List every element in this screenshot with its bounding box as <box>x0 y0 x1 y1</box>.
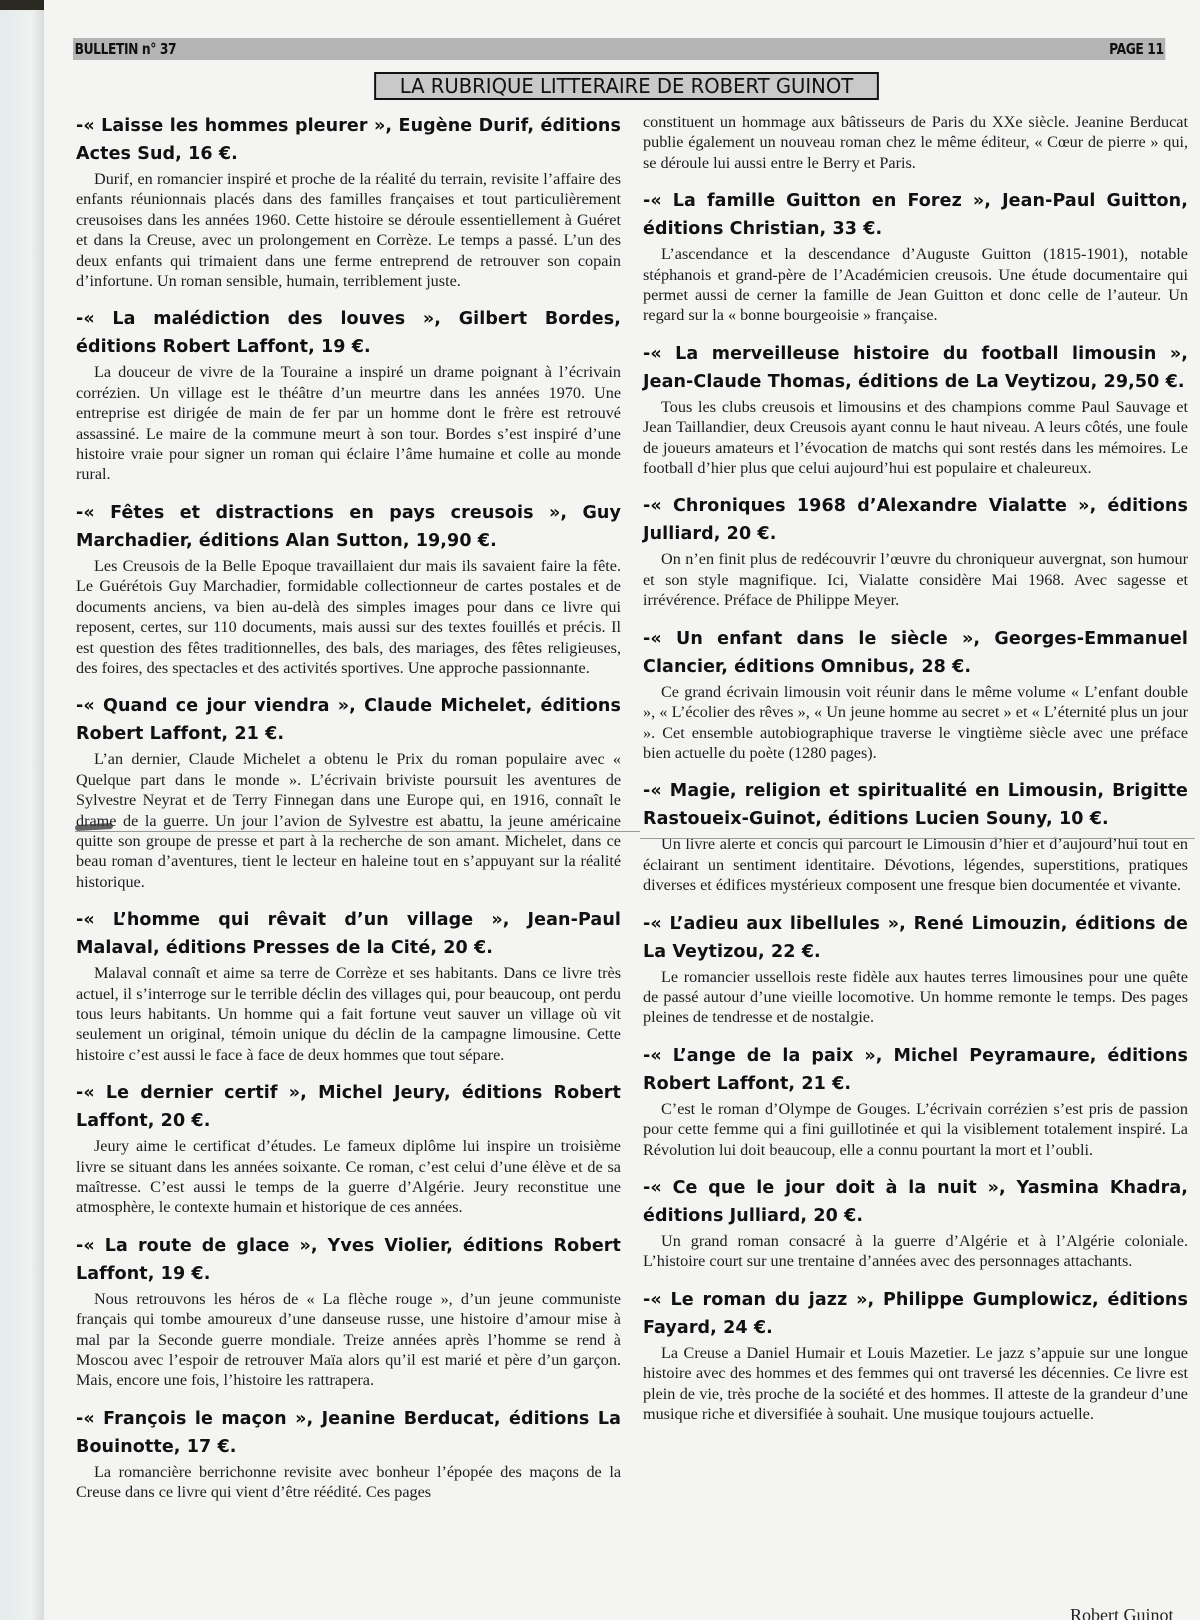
review-body: Malaval connaît et aime sa terre de Corr… <box>76 963 621 1065</box>
review-body: L’an dernier, Claude Michelet a obtenu l… <box>76 749 621 892</box>
review-body: La douceur de vivre de la Touraine a ins… <box>76 362 621 484</box>
review-item: -« Le dernier certif », Michel Jeury, éd… <box>76 1079 621 1218</box>
review-item: -« Laisse les hommes pleurer », Eugène D… <box>76 112 621 291</box>
running-header: BULLETIN n° 37 PAGE 11 <box>73 38 1165 60</box>
review-continuation: constituent un hommage aux bâtisseurs de… <box>643 112 1188 173</box>
review-item: -« L’homme qui rêvait d’un village », Je… <box>76 906 621 1065</box>
paper-fold-line <box>75 831 640 832</box>
review-item: -« L’ange de la paix », Michel Peyramaur… <box>643 1042 1188 1160</box>
review-heading: -« Laisse les hommes pleurer », Eugène D… <box>76 112 621 168</box>
review-body: Ce grand écrivain limousin voit réunir d… <box>643 682 1188 764</box>
review-body: Les Creusois de la Belle Epoque travaill… <box>76 556 621 678</box>
review-item: -« La merveilleuse histoire du football … <box>643 340 1188 479</box>
review-heading: -« Le roman du jazz », Philippe Gumplowi… <box>643 1286 1188 1342</box>
review-item: -« Magie, religion et spiritualité en Li… <box>643 777 1188 895</box>
left-column: -« Laisse les hommes pleurer », Eugène D… <box>76 112 621 1517</box>
review-body: C’est le roman d’Olympe de Gouges. L’écr… <box>643 1099 1188 1160</box>
rubric-title: LA RUBRIQUE LITTERAIRE DE ROBERT GUINOT <box>374 72 879 100</box>
review-heading: -« Magie, religion et spiritualité en Li… <box>643 777 1188 833</box>
review-heading: -« La malédiction des louves », Gilbert … <box>76 305 621 361</box>
review-heading: -« Un enfant dans le siècle », Georges-E… <box>643 625 1188 681</box>
review-item: -« Fêtes et distractions en pays creusoi… <box>76 499 621 678</box>
review-body: Durif, en romancier inspiré et proche de… <box>76 169 621 291</box>
review-body: Le romancier ussellois reste fidèle aux … <box>643 967 1188 1028</box>
review-heading: -« Le dernier certif », Michel Jeury, éd… <box>76 1079 621 1135</box>
right-column: constituent un hommage aux bâtisseurs de… <box>643 112 1188 1438</box>
page-binding-edge <box>0 0 44 1620</box>
review-body: Tous les clubs creusois et limousins et … <box>643 397 1188 479</box>
review-heading: -« L’adieu aux libellules », René Limouz… <box>643 910 1188 966</box>
review-body-continued: constituent un hommage aux bâtisseurs de… <box>643 112 1188 173</box>
review-item: -« Un enfant dans le siècle », Georges-E… <box>643 625 1188 764</box>
review-body: On n’en finit plus de redécouvrir l’œuvr… <box>643 549 1188 610</box>
review-item: -« La malédiction des louves », Gilbert … <box>76 305 621 484</box>
review-heading: -« La route de glace », Yves Violier, éd… <box>76 1232 621 1288</box>
review-item: -« Ce que le jour doit à la nuit », Yasm… <box>643 1174 1188 1272</box>
review-item: -« Le roman du jazz », Philippe Gumplowi… <box>643 1286 1188 1425</box>
review-heading: -« La merveilleuse histoire du football … <box>643 340 1188 396</box>
author-signature: Robert Guinot <box>1070 1605 1174 1620</box>
review-item: -« La route de glace », Yves Violier, éd… <box>76 1232 621 1391</box>
review-heading: -« La famille Guitton en Forez », Jean-P… <box>643 187 1188 243</box>
review-body: La romancière berrichonne revisite avec … <box>76 1462 621 1503</box>
page-number: PAGE 11 <box>1108 40 1166 58</box>
review-heading: -« Ce que le jour doit à la nuit », Yasm… <box>643 1174 1188 1230</box>
review-heading: -« Chroniques 1968 d’Alexandre Vialatte … <box>643 492 1188 548</box>
review-heading: -« L’ange de la paix », Michel Peyramaur… <box>643 1042 1188 1098</box>
review-body: Nous retrouvons les héros de « La flèche… <box>76 1289 621 1391</box>
review-heading: -« Fêtes et distractions en pays creusoi… <box>76 499 621 555</box>
paper-fold-line <box>640 838 1195 839</box>
bulletin-number: BULLETIN n° 37 <box>73 40 178 58</box>
review-heading: -« Quand ce jour viendra », Claude Miche… <box>76 692 621 748</box>
review-item: -« L’adieu aux libellules », René Limouz… <box>643 910 1188 1028</box>
review-item: -« Chroniques 1968 d’Alexandre Vialatte … <box>643 492 1188 610</box>
review-item: -« La famille Guitton en Forez », Jean-P… <box>643 187 1188 326</box>
review-body: Un livre alerte et concis qui parcourt l… <box>643 834 1188 895</box>
review-body: La Creuse a Daniel Humair et Louis Mazet… <box>643 1343 1188 1425</box>
review-item: -« François le maçon », Jeanine Berducat… <box>76 1405 621 1503</box>
review-body: Jeury aime le certificat d’études. Le fa… <box>76 1136 621 1218</box>
review-body: L’ascendance et la descendance d’Auguste… <box>643 244 1188 326</box>
review-body: Un grand roman consacré à la guerre d’Al… <box>643 1231 1188 1272</box>
review-item: -« Quand ce jour viendra », Claude Miche… <box>76 692 621 892</box>
review-heading: -« François le maçon », Jeanine Berducat… <box>76 1405 621 1461</box>
review-heading: -« L’homme qui rêvait d’un village », Je… <box>76 906 621 962</box>
